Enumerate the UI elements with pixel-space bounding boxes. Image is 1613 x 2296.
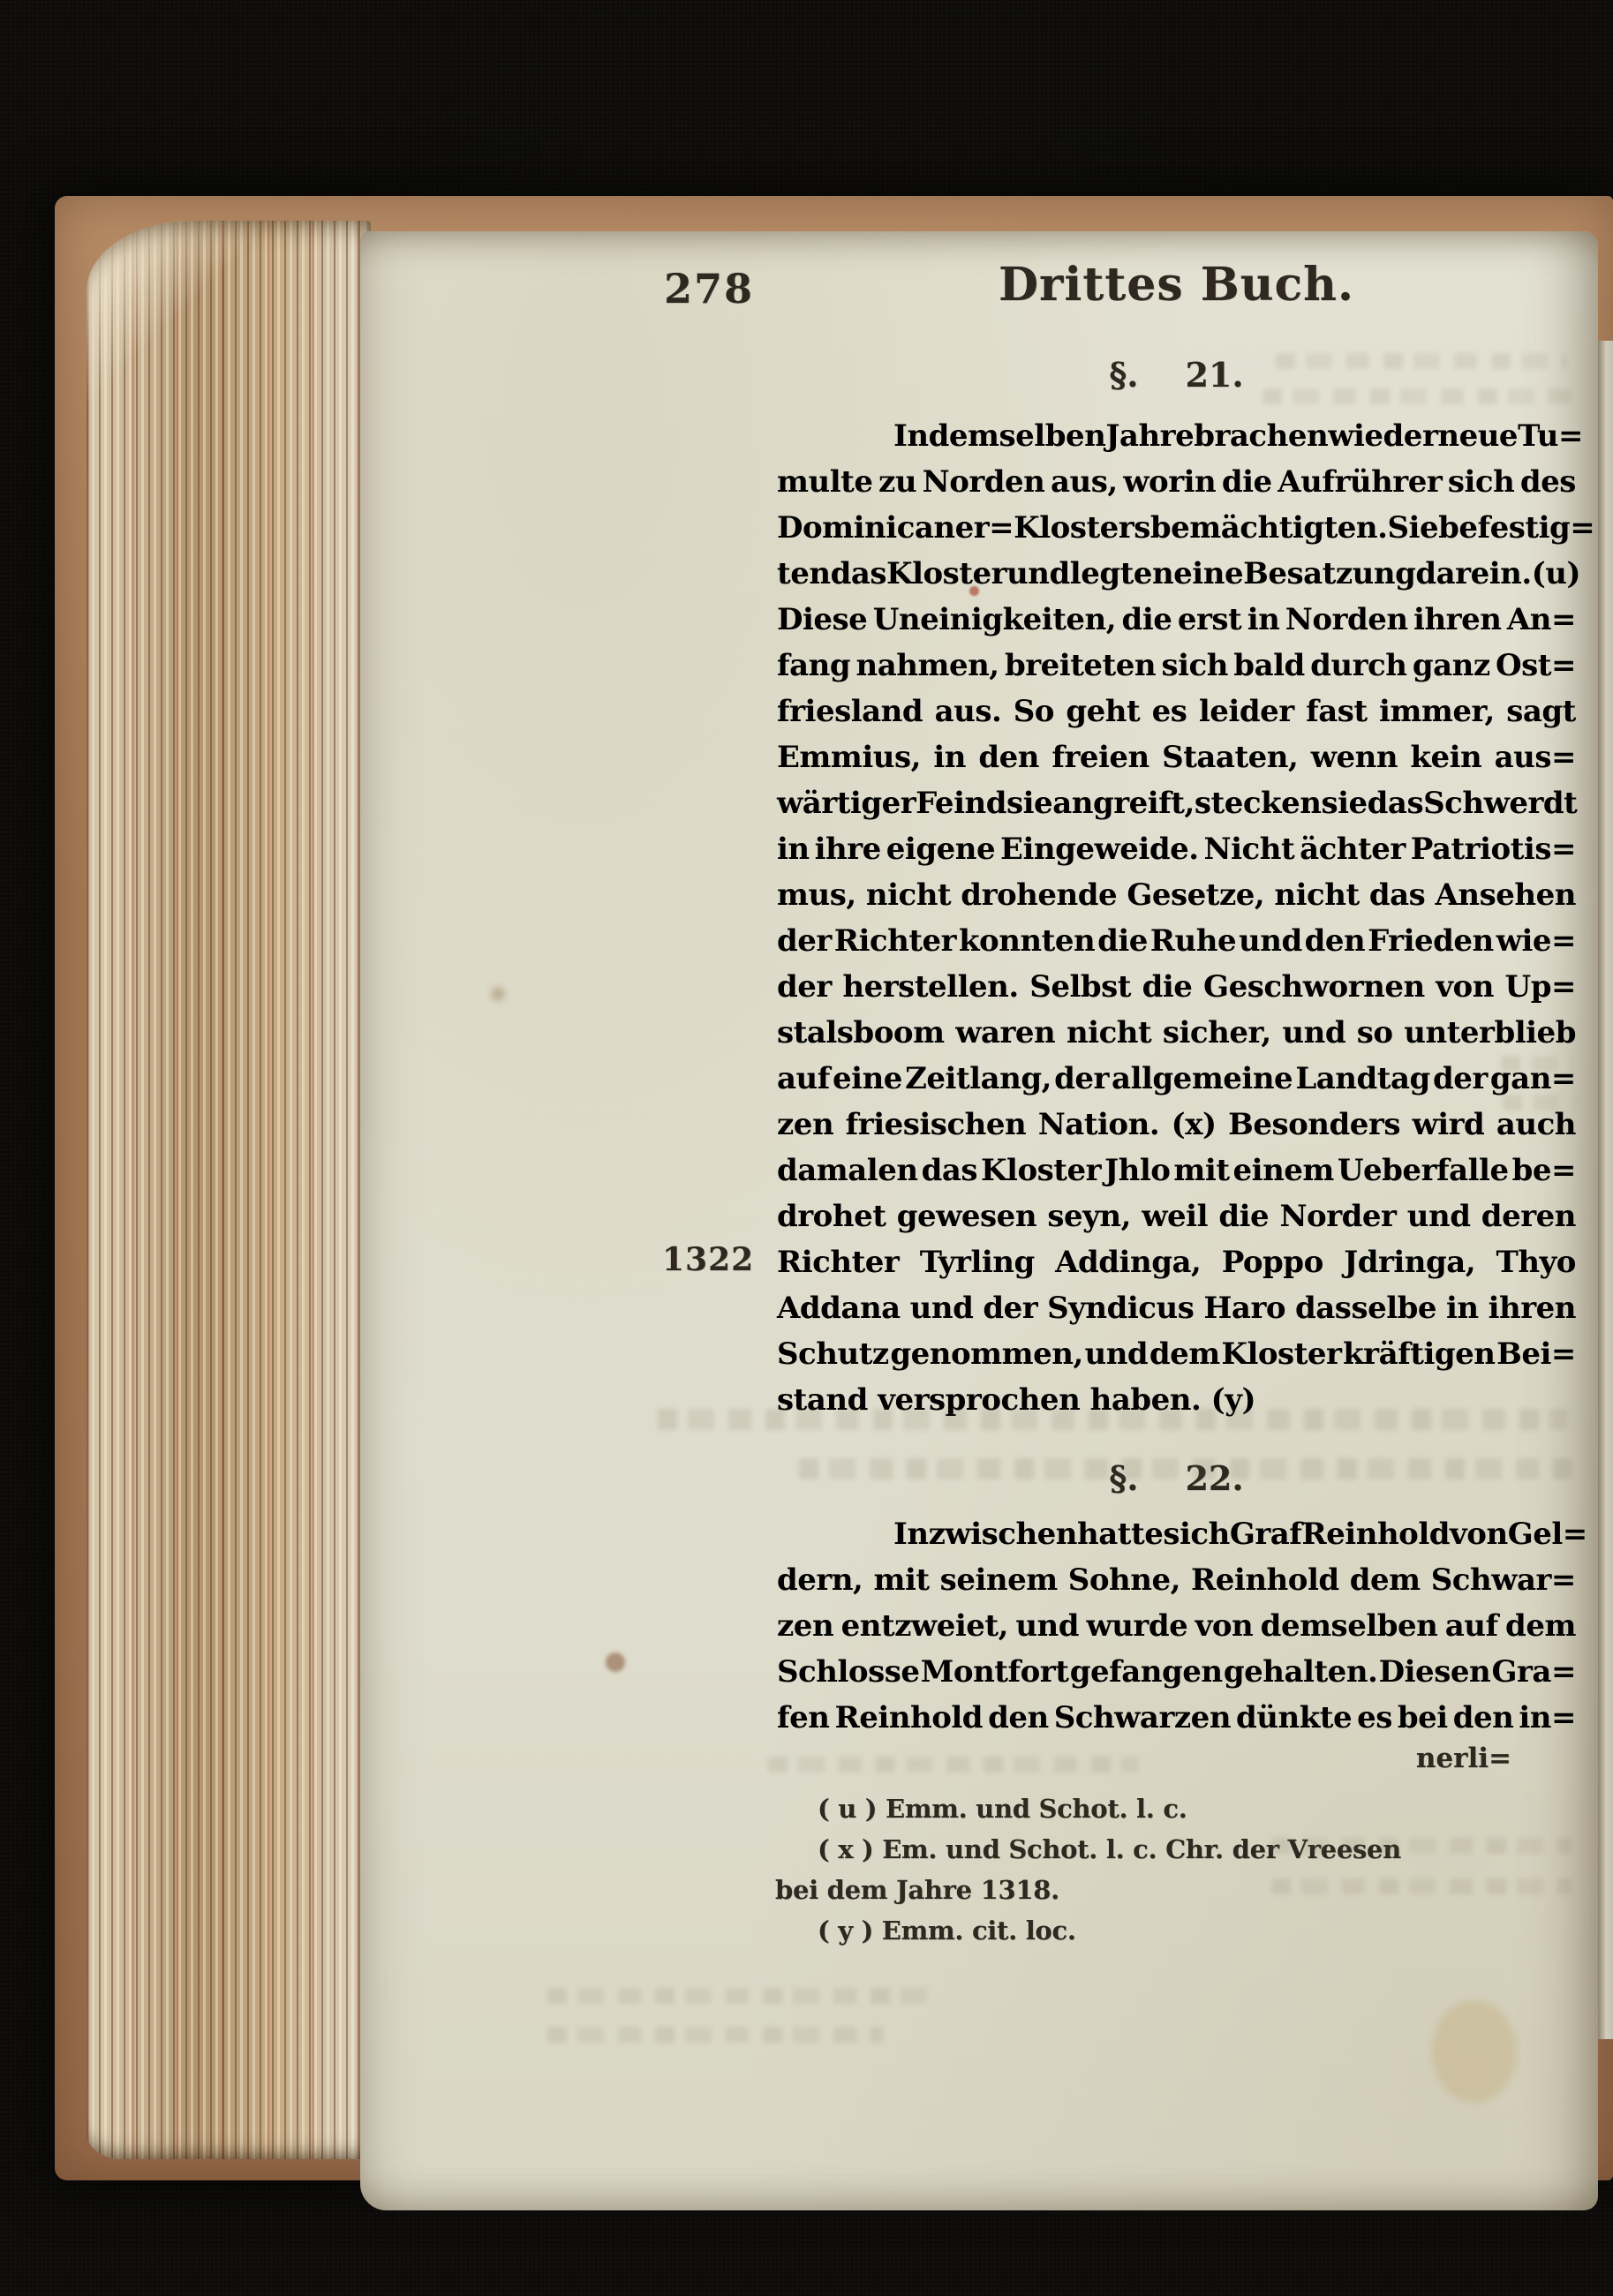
text-line: damalendasKlosterJhlomiteinemUeberfalleb… [777,1148,1576,1193]
text-line: stalsboomwarennichtsicher,undsounterblie… [777,1010,1576,1056]
show-through-ghost [658,1409,1567,1430]
text-line: multezuNordenaus,worindieAufrührersichde… [777,459,1576,505]
text-line: frieslandaus.Sogehtesleiderfastimmer,sag… [777,689,1576,734]
text-line: Emmius,indenfreienStaaten,wennkeinaus= [777,734,1576,780]
show-through-ghost [768,1757,1139,1773]
text-line: RichterTyrlingAddinga,PoppoJdringa,Thyo [777,1239,1576,1285]
text-line: zenentzweiet,undwurdevondemselbenaufdem [777,1603,1576,1649]
show-through-ghost [1263,388,1572,404]
footnote-line: ( y ) Emm. cit. loc. [775,1910,1579,1951]
text-line: fangnahmen,breitetensichbalddurchganzOst… [777,643,1576,689]
catchword: nerli= [1324,1743,1511,1774]
text-line: IndemselbenJahrebrachenwiederneueTu= [777,413,1576,459]
margin-year-note: 1322 [662,1241,754,1278]
text-line: SchlosseMontfortgefangengehalten.DiesenG… [777,1649,1576,1695]
page-stack-fore-edge [87,221,371,2159]
stain [1432,2000,1517,2103]
text-line: fenReinholddenSchwarzendünkteesbeidenin= [777,1695,1576,1741]
text-line: Dominicaner=Klostersbemächtigten.Siebefe… [777,505,1576,551]
text-line: wärtigerFeindsieangreift,steckensiedasSc… [777,780,1576,826]
footnote-line: ( u ) Emm. und Schot. l. c. [775,1788,1579,1829]
text-line: zenfriesischenNation.(x)Besonderswirdauc… [777,1102,1576,1148]
stain [969,586,979,596]
photo-backdrop: { "colors": { "backdrop": "#0d0c0a", "co… [0,0,1613,2296]
text-line: DieseUneinigkeiten,dieerstinNordenihrenA… [777,597,1576,643]
text-line: dern,mitseinemSohne,ReinholddemSchwar= [777,1557,1576,1603]
text-line: derherstellen.SelbstdieGeschwornenvonUp= [777,964,1576,1010]
next-page-edge [1598,341,1613,2039]
show-through-ghost [1271,1878,1572,1894]
show-through-ghost [1503,1095,1575,1110]
show-through-ghost [1501,1056,1573,1072]
text-line: InzwischenhattesichGrafReinholdvonGel= [777,1511,1576,1557]
text-line: aufeineZeitlang,derallgemeineLandtagderg… [777,1056,1576,1102]
text-line: drohetgewesenseyn,weildieNorderundderen [777,1193,1576,1239]
show-through-ghost [1276,353,1567,369]
show-through-ghost [1271,1838,1572,1854]
running-head: Drittes Buch. [777,258,1576,312]
text-line: AddanaundderSyndicusHarodasselbeinihren [777,1285,1576,1331]
page-number: 278 [664,265,754,312]
text-line: tendasKlosterundlegteneineBesatzungdarei… [777,551,1576,597]
paragraph-section-22: InzwischenhattesichGrafReinholdvonGel= d… [777,1511,1576,1741]
text-line: mus,nichtdrohendeGesetze,nichtdasAnsehen [777,872,1576,918]
text-line: derRichterkonntendieRuheunddenFriedenwie… [777,918,1576,964]
text-line: inihreeigeneEingeweide.NichtächterPatrio… [777,826,1576,872]
footnotes-block: ( u ) Emm. und Schot. l. c. ( x ) Em. un… [775,1788,1579,1951]
stain [606,1652,625,1672]
text-line: Schutzgenommen,unddemKlosterkräftigenBei… [777,1331,1576,1377]
paragraph-section-21: IndemselbenJahrebrachenwiederneueTu= mul… [777,413,1576,1423]
show-through-ghost [547,1988,927,2004]
stain [491,987,505,1001]
show-through-ghost [799,1458,1572,1479]
show-through-ghost [547,2027,883,2043]
